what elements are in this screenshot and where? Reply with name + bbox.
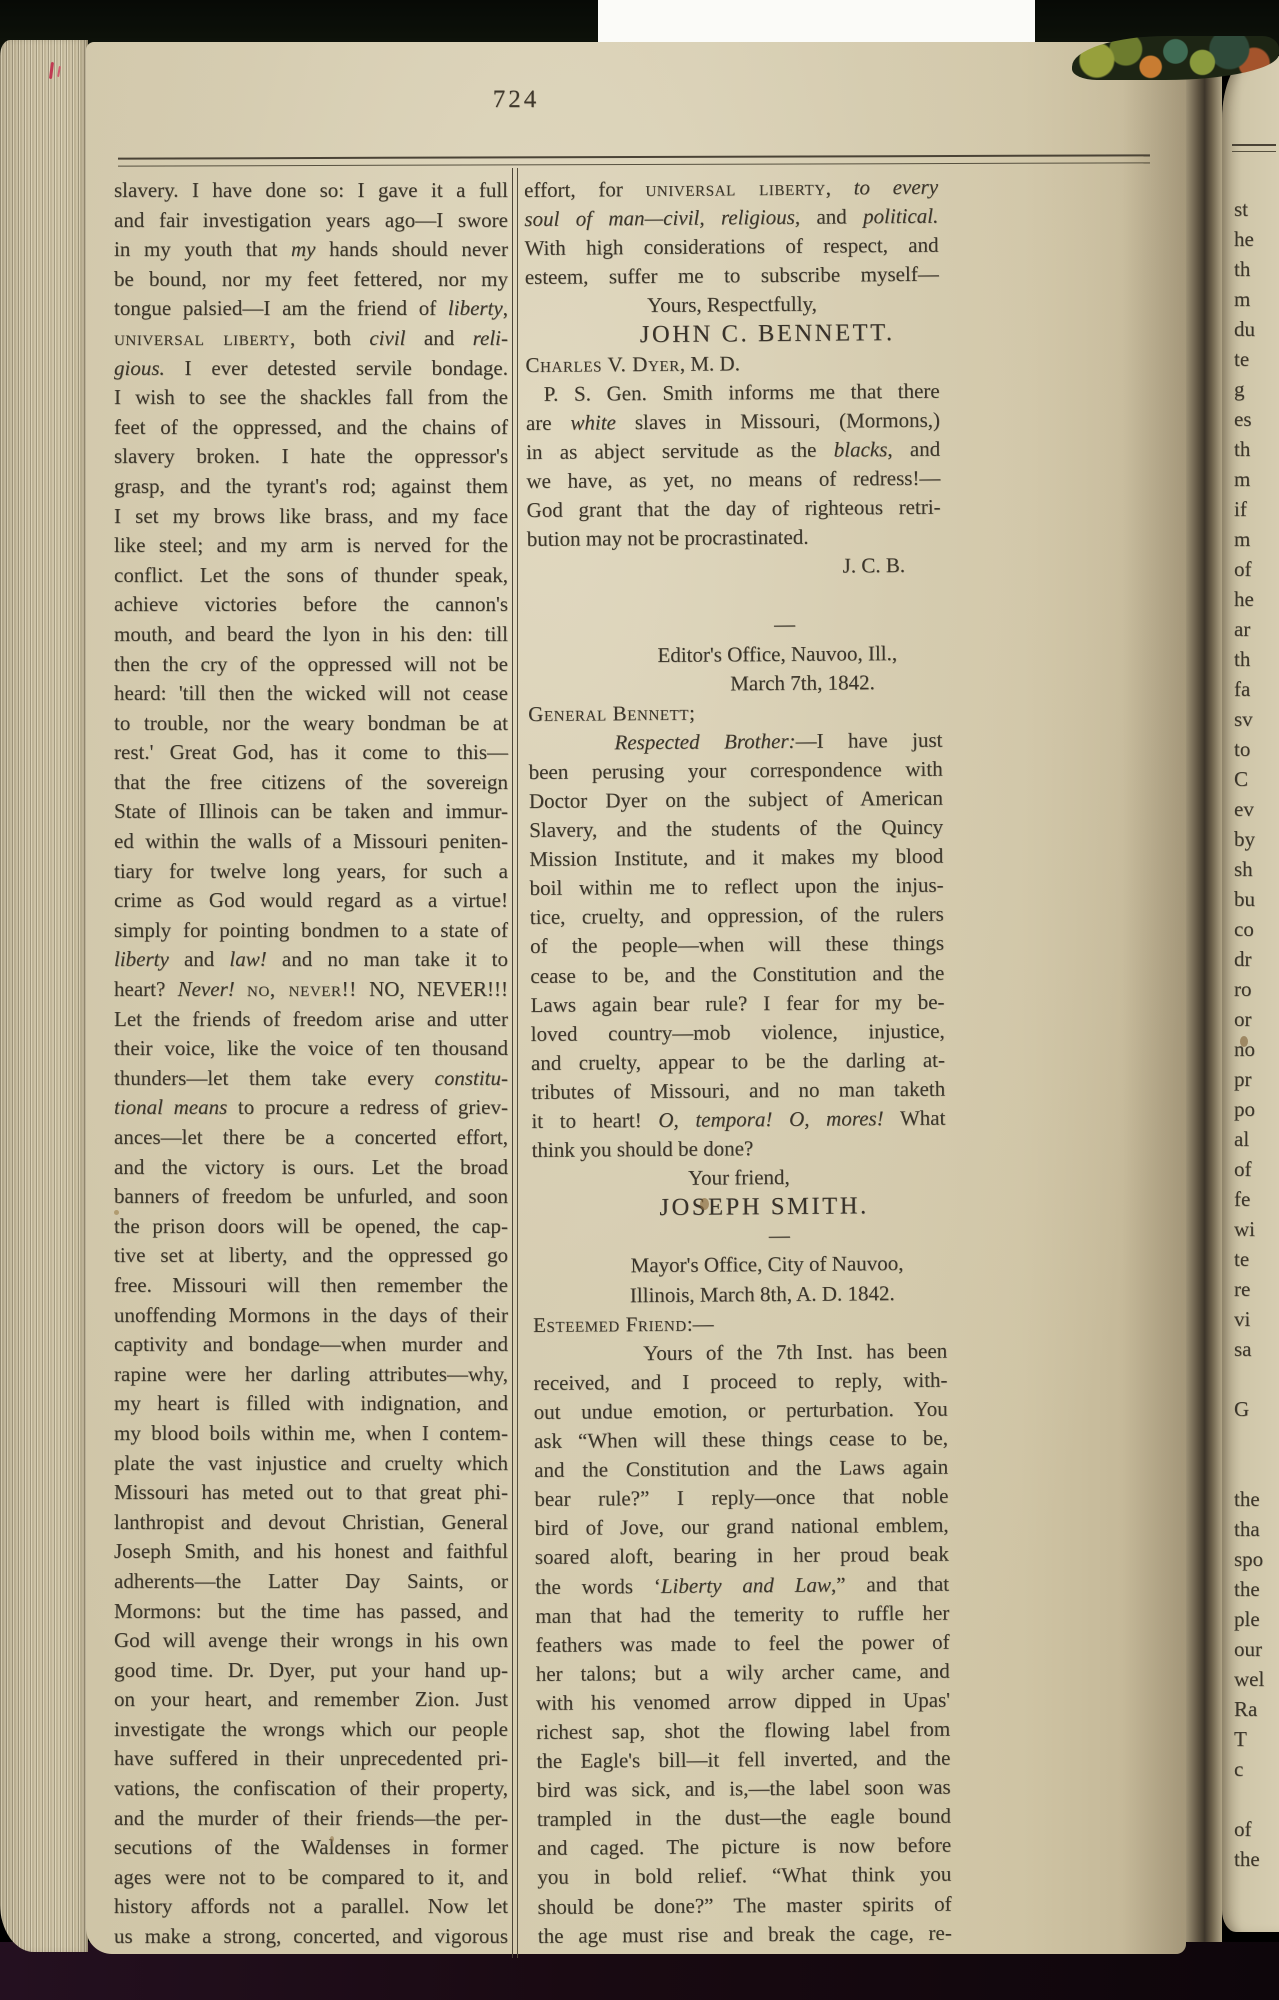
text-line: God grant that the day of righteous retr… [527,493,941,525]
text-line: Mayor's Office, City of Nauvoo, [532,1249,946,1281]
text-line: I wish to see the shackles fall from the [114,383,508,413]
italic-text: O, tempora! O, mores! [658,1106,883,1132]
text-line: feet of the oppressed, and the chains of [114,413,508,443]
text-line: by [1234,824,1279,854]
text-line: richest sap, shot the flowing label from [536,1715,950,1747]
text-line: and the victory is ours. Let the broad [114,1153,508,1183]
text-line: T [1234,1724,1279,1754]
text-line: the [1234,1574,1279,1604]
italic-text: constitu- [435,1066,509,1090]
text-line: te [1234,344,1279,374]
italic-text: civil [369,326,405,350]
text-line: our [1234,1634,1279,1664]
italic-text: law! [229,947,266,971]
text-line: JOSEPH SMITH. [532,1191,946,1223]
text-line: C [1234,764,1279,794]
text-line: plate the vast injustice and cruelty whi… [114,1449,508,1479]
text-line: es [1234,404,1279,434]
text-line: bu [1234,884,1279,914]
stain-speck [330,1836,334,1842]
text-line: With high considerations of respect, and [524,231,938,263]
text-line: esteem, suffer me to subscribe myself— [525,260,939,292]
text-line: spo [1234,1544,1279,1574]
next-page-text-column: sthethmdutegesthmifmofhearthfasvtoCevbys… [1234,194,1279,1874]
text-line: in my youth that my hands should never [114,235,508,265]
text-line: fa [1234,674,1279,704]
small-caps-text: Esteemed Friend [533,1311,687,1336]
text-line [1234,1784,1279,1814]
text-line: sh [1234,854,1279,884]
text-line: ev [1234,794,1279,824]
italic-text: reli- [473,326,508,350]
text-line: simply for pointing bondmen to a state o… [114,916,508,946]
text-line: banners of freedom be unfurled, and soon [114,1182,508,1212]
text-line: to [1234,734,1279,764]
text-line: gious. I ever detested servile bondage. [114,354,508,384]
text-line: th [1234,644,1279,674]
text-line: adherents—the Latter Day Saints, or [114,1567,508,1597]
text-line: vations, the confiscation of their prope… [114,1774,508,1804]
text-line: wel [1234,1664,1279,1694]
text-line: with his venomed arrow dipped in Upas' [536,1686,950,1718]
text-line: been perusing your correspondence with [529,755,943,787]
text-line: tongue palsied—I am the friend of libert… [114,294,508,324]
text-line: think you should be done? [532,1133,946,1165]
text-line: co [1234,914,1279,944]
text-line: Let the friends of freedom arise and utt… [114,1005,508,1035]
text-line: bird of Jove, our grand national emblem, [535,1511,949,1543]
small-caps-text: Charles V. Dyer [525,351,680,376]
text-line: of the people—when will these things [530,929,944,961]
text-line: should be done?” The master spirits of [537,1889,951,1921]
text-line: Respected Brother:—I have just [528,726,942,758]
text-line: he [1234,224,1279,254]
text-line: sv [1234,704,1279,734]
column-divider-rule [512,168,518,1958]
text-line: thunders—let them take every constitu- [114,1064,508,1094]
next-page-fragment: sthethmdutegesthmifmofhearthfasvtoCevbys… [1222,56,1279,1932]
text-line: wi [1234,1214,1279,1244]
italic-text: gious. [114,356,165,380]
text-line: be bound, nor my feet fettered, nor my [114,265,508,295]
text-line: slavery broken. I hate the oppressor's [114,442,508,472]
text-line: heard: 'till then the wicked will not ce… [114,679,508,709]
text-line: bution may not be procrastinated. [527,522,941,554]
text-line: have suffered in their unprecedented pri… [114,1744,508,1774]
text-line: Editor's Office, Nauvoo, Ill., [528,638,942,670]
text-line: free. Missouri will then remember the [114,1271,508,1301]
italic-text: liberty [114,947,169,971]
book-photo: 724 slavery. I have done so: I gave it a… [0,0,1279,2000]
text-line: the [1234,1844,1279,1874]
text-line: if [1234,494,1279,524]
text-line: tha [1234,1514,1279,1544]
text-line: her talons; but a wily archer came, and [536,1656,950,1688]
text-line: bird was sick, and is,—the label soon wa… [537,1773,951,1805]
text-line: Ra [1234,1694,1279,1724]
text-line: God will avenge their wrongs in his own [114,1626,508,1656]
text-line: ask “When will these things cease to be, [534,1424,948,1456]
text-line: pr [1234,1064,1279,1094]
text-line: soared aloft, bearing in her proud beak [535,1540,949,1572]
text-line: investigate the wrongs which our people [114,1715,508,1745]
text-line: rest.' Great God, has it come to this— [114,738,508,768]
text-line: good time. Dr. Dyer, put your hand up- [114,1656,508,1686]
text-line: Doctor Dyer on the subject of American [529,784,943,816]
text-line: unoffending Mormons in the days of their [114,1301,508,1331]
text-line [1234,1454,1279,1484]
text-line: effort, for universal liberty, to every [524,173,938,205]
text-line: Joseph Smith, and his honest and faithfu… [114,1537,508,1567]
text-line: JOHN C. BENNETT. [525,318,939,350]
text-line: soul of man—civil, religious, and politi… [524,202,938,234]
text-line: rapine were her darling attributes—why, [114,1360,508,1390]
text-line: fe [1234,1184,1279,1214]
text-line: te [1234,1244,1279,1274]
text-line: received, and I proceed to reply, with- [533,1366,947,1398]
text-line: my heart is filled with indignation, and [114,1389,508,1419]
text-line: of [1234,1814,1279,1844]
text-line: to trouble, nor the weary bondman be at [114,709,508,739]
text-line: you in bold relief. “What think you [537,1860,951,1892]
text-line: feathers was made to feel the power of [535,1627,949,1659]
text-line: th [1234,254,1279,284]
text-line: sa [1234,1334,1279,1364]
gutter-shadow [1186,50,1222,1942]
text-line: boil within me to reflect upon the injus… [529,871,943,903]
italic-text: liberty [448,296,503,320]
italic-text: blacks [834,437,888,461]
text-line: the Eagle's bill—it fell inverted, and t… [536,1744,950,1776]
text-line: the prison doors will be opened, the cap… [114,1212,508,1242]
text-line: and the murder of their friends—the per- [114,1804,508,1834]
text-line: liberty and law! and no man take it to [114,945,508,975]
text-line: g [1234,374,1279,404]
text-line: Laws again bear rule? I fear for my be- [530,987,944,1019]
italic-text: tional means [114,1095,227,1119]
text-line [527,580,941,612]
text-line: Your friend, [532,1162,946,1194]
text-line: in as abject servitude as the blacks, an… [526,435,940,467]
text-line: and caged. The picture is now before [537,1831,951,1863]
text-line: General Bennett; [528,696,942,728]
italic-text: Respected Brother: [614,729,795,754]
text-line: st [1234,194,1279,224]
italic-text: political. [863,204,938,229]
book-page: 724 slavery. I have done so: I gave it a… [86,42,1186,1954]
text-line: Yours of the 7th Inst. has been [533,1336,947,1368]
header-rule [1232,144,1276,152]
text-line: po [1234,1094,1279,1124]
italic-text: my [291,237,316,261]
text-line: it to heart! O, tempora! O, mores! What [531,1104,945,1136]
text-line: State of Illinois can be taken and immur… [114,797,508,827]
text-line: m [1234,524,1279,554]
text-line: Slavery, and the students of the Quincy [529,813,943,845]
text-line: the words ‘Liberty and Law,” and that [535,1569,949,1601]
text-line: trampled in the dust—the eagle bound [537,1802,951,1834]
text-line [1234,1364,1279,1394]
text-line: P. S. Gen. Smith informs me that there [526,376,940,408]
text-line: Mission Institute, and it makes my blood [529,842,943,874]
text-line: dr [1234,944,1279,974]
text-line: we have, as yet, no means of redress!— [526,464,940,496]
text-line: on your heart, and remember Zion. Just [114,1685,508,1715]
text-line: vi [1234,1304,1279,1334]
text-line: are white slaves in Missouri, (Mormons,) [526,405,940,437]
small-caps-text: universal liberty [645,176,825,201]
italic-text: Never! [178,977,235,1001]
text-line: us make a strong, concerted, and vigorou… [114,1922,508,1952]
text-line: m [1234,284,1279,314]
text-line: — [532,1220,946,1252]
text-line: al [1234,1124,1279,1154]
text-line: heart? Never! no, never!! NO, NEVER!!! [114,975,508,1005]
text-line: their voice, like the voice of ten thous… [114,1034,508,1064]
text-line: ro [1234,974,1279,1004]
text-line: c [1234,1754,1279,1784]
text-line: Missouri has meted out to that great phi… [114,1478,508,1508]
text-line: Charles V. Dyer, M. D. [525,347,939,379]
small-caps-text: General Bennett [528,700,689,725]
text-line: th [1234,434,1279,464]
text-line: Esteemed Friend:— [533,1307,947,1339]
stain-speck [1240,1036,1248,1047]
italic-text: soul of man—civil, religious, [524,205,800,231]
small-caps-text: no, never!! [247,977,357,1001]
text-line: my blood boils within me, when I contem- [114,1419,508,1449]
text-line: of [1234,554,1279,584]
text-line: Yours, Respectfully, [525,289,939,321]
text-line: J. C. B. [527,551,941,583]
text-line: bear rule?” I reply—once that noble [534,1482,948,1514]
small-caps-text: universal liberty [114,326,290,350]
italic-text: white [570,410,616,434]
stain-speck [700,1198,709,1210]
text-line: tice, cruelty, and oppression, of the ru… [530,900,944,932]
text-line: that the free citizens of the sovereign [114,768,508,798]
italic-text: to every [854,175,939,200]
text-line: and fair investigation years ago—I swore [114,206,508,236]
text-line: du [1234,314,1279,344]
text-line: I set my brows like brass, and my face [114,502,508,532]
text-line: ances—let there be a concerted effort, [114,1123,508,1153]
text-line: universal liberty, both civil and reli- [114,324,508,354]
text-line: slavery. I have done so: I gave it a ful… [114,176,508,206]
text-line: ages were not to be compared to it, and [114,1863,508,1893]
left-column: slavery. I have done so: I gave it a ful… [114,176,508,1952]
text-line: re [1234,1274,1279,1304]
text-line: ple [1234,1604,1279,1634]
right-column: effort, for universal liberty, to everys… [524,173,952,1951]
text-line: then the cry of the oppressed will not b… [114,650,508,680]
text-line: ed within the walls of a Missouri penite… [114,827,508,857]
text-line: the [1234,1484,1279,1514]
text-line: achieve victories before the cannon's [114,590,508,620]
text-line: and the Constitution and the Laws again [534,1453,948,1485]
text-line: ar [1234,614,1279,644]
text-line: conflict. Let the sons of thunder speak, [114,561,508,591]
page-number: 724 [326,86,706,114]
text-line: history affords not a parallel. Now let [114,1892,508,1922]
text-line: and cruelty, appear to be the darling at… [531,1046,945,1078]
text-line: Illinois, March 8th, A. D. 1842. [533,1278,947,1310]
text-line: tributes of Missouri, and no man taketh [531,1075,945,1107]
text-line: Mormons: but the time has passed, and [114,1597,508,1627]
text-line: man that had the temerity to ruffle her [535,1598,949,1630]
text-line: lanthropist and devout Christian, Genera… [114,1508,508,1538]
text-line: loved country—mob violence, injustice, [531,1016,945,1048]
text-line: crime as God would regard as a virtue! [114,886,508,916]
stain-speck [114,1210,119,1215]
text-line: March 7th, 1842. [528,667,942,699]
text-line: tive set at liberty, and the oppressed g… [114,1241,508,1271]
italic-text: Liberty and Law [661,1572,831,1597]
text-line: or [1234,1004,1279,1034]
text-line: secutions of the Waldenses in former [114,1833,508,1863]
text-line: tional means to procure a redress of gri… [114,1093,508,1123]
text-line: he [1234,584,1279,614]
text-line: out undue emotion, or perturbation. You [534,1395,948,1427]
page-edges [0,40,88,1952]
text-line: — [527,609,941,641]
text-line: grasp, and the tyrant's rod; against the… [114,472,508,502]
text-line [1234,1424,1279,1454]
text-line: like steel; and my arm is nerved for the [114,531,508,561]
text-line: G [1234,1394,1279,1424]
text-line: captivity and bondage—when murder and [114,1330,508,1360]
text-line: cease to be, and the Constitution and th… [530,958,944,990]
text-line: the age must rise and break the cage, re… [538,1918,952,1950]
text-line: mouth, and beard the lyon in his den: ti… [114,620,508,650]
text-line: m [1234,464,1279,494]
text-line: tiary for twelve long years, for such a [114,857,508,887]
header-rule [118,154,1150,166]
text-line: of [1234,1154,1279,1184]
